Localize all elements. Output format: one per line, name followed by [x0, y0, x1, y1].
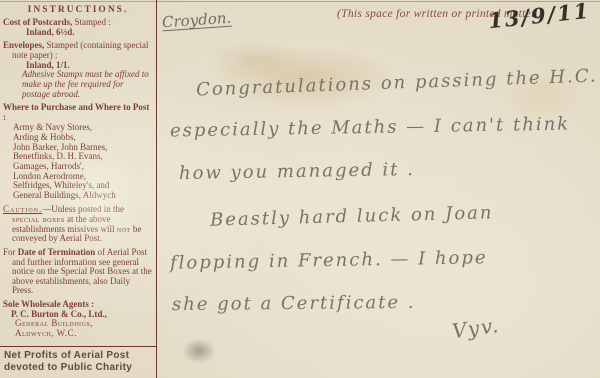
message-line: she got a Certificate .	[172, 292, 416, 315]
where-to-post-heading: Where to Purchase and Where to Post :	[3, 103, 153, 122]
postcard: INSTRUCTIONS. Cost of Postcards, Stamped…	[0, 0, 600, 378]
agents-address-2: Aldwych, W.C.	[12, 329, 153, 339]
ink-smudge	[182, 338, 216, 364]
adhesive-stamps-note: Adhesive Stamps must be affixed to make …	[12, 70, 153, 99]
handwritten-place: Croydon.	[161, 9, 231, 32]
paper-scuff	[60, 150, 140, 260]
cost-of-postcards-section: Cost of Postcards, Stamped :Inland, 6½d.	[3, 18, 153, 37]
charity-footer-line1: Net Profits of Aerial Post	[4, 350, 154, 362]
caution-lead: Caution.	[3, 204, 42, 214]
termination-section: For Date of Termination of Aerial Post a…	[3, 248, 153, 296]
message-line: Beastly hard luck on Joan	[210, 202, 494, 230]
message-line: especially the Maths — I can't think	[170, 114, 570, 142]
agents-section: Sole Wholesale Agents :P. C. Burton & Co…	[3, 300, 153, 339]
signature: Vyv.	[451, 313, 502, 343]
cost-inland-rate: Inland, 6½d.	[12, 28, 153, 38]
caution-special-boxes: special boxes	[12, 214, 65, 224]
message-line: how you managed it .	[179, 159, 415, 184]
cost-rest: Stamped :	[72, 17, 111, 27]
message-line: flopping in French. — I hope	[170, 247, 488, 274]
charity-footer-line2: devoted to Public Charity	[4, 362, 154, 374]
cost-lead: Cost of Postcards,	[3, 17, 72, 27]
envelopes-lead: Envelopes,	[3, 40, 44, 50]
agents-heading: Sole Wholesale Agents :	[3, 299, 94, 309]
termination-text-1: For	[3, 247, 18, 257]
message-line: Congratulations on passing the H.C. &	[196, 65, 600, 101]
handwritten-date: 13/9/11	[487, 0, 591, 33]
charity-footer: Net Profits of Aerial Post devoted to Pu…	[0, 346, 157, 378]
instructions-title: INSTRUCTIONS.	[3, 5, 153, 15]
envelopes-section: Envelopes, Stamped (containing special n…	[3, 41, 153, 99]
